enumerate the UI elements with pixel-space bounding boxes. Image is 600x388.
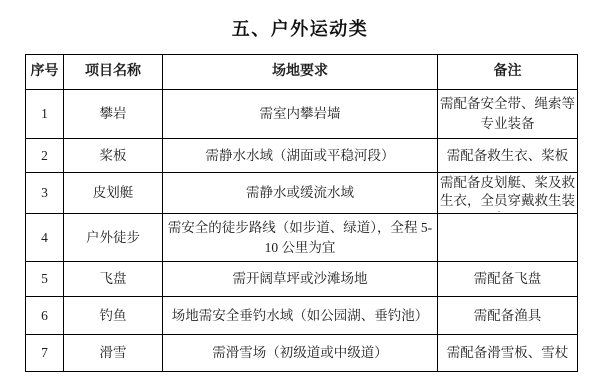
cell-venue: 需室内攀岩墙	[163, 90, 438, 139]
cell-note: 需配备飞盘	[438, 262, 578, 297]
page-title: 五、户外运动类	[0, 0, 600, 41]
cell-name: 滑雪	[64, 335, 163, 372]
cell-seq: 1	[26, 90, 64, 139]
table-row: 1 攀岩 需室内攀岩墙 需配备安全带、绳索等专业装备	[26, 90, 578, 139]
table-row: 7 滑雪 需滑雪场（初级道或中级道） 需配备滑雪板、雪杖	[26, 335, 578, 372]
cell-note: 需配备渔具	[438, 297, 578, 335]
cell-venue: 需静水或缓流水域	[163, 173, 438, 214]
note-clipped-text: 需配备皮划艇、桨及救生衣，全员穿戴救生装备。	[440, 174, 575, 212]
cell-name: 飞盘	[64, 262, 163, 297]
cell-seq: 6	[26, 297, 64, 335]
table-header-row: 序号 项目名称 场地要求 备注	[26, 55, 578, 90]
cell-seq: 3	[26, 173, 64, 214]
cell-note: 需配备滑雪板、雪杖	[438, 335, 578, 372]
cell-note	[438, 214, 578, 262]
cell-name: 桨板	[64, 139, 163, 173]
document-page: 五、户外运动类 序号 项目名称 场地要求 备注 1 攀岩 需室内攀岩墙 需配备安…	[0, 0, 600, 388]
col-header-note: 备注	[438, 55, 578, 90]
cell-note: 需配备安全带、绳索等专业装备	[438, 90, 578, 139]
cell-seq: 2	[26, 139, 64, 173]
cell-name: 户外徒步	[64, 214, 163, 262]
col-header-seq: 序号	[26, 55, 64, 90]
table-row: 6 钓鱼 场地需安全垂钓水域（如公园湖、垂钓池） 需配备渔具	[26, 297, 578, 335]
cell-name: 钓鱼	[64, 297, 163, 335]
cell-seq: 4	[26, 214, 64, 262]
table-row: 4 户外徒步 需安全的徒步路线（如步道、绿道），全程 5-10 公里为宜	[26, 214, 578, 262]
table-row: 3 皮划艇 需静水或缓流水域 需配备皮划艇、桨及救生衣，全员穿戴救生装备。	[26, 173, 578, 214]
cell-note: 需配备皮划艇、桨及救生衣，全员穿戴救生装备。	[438, 173, 578, 214]
cell-seq: 7	[26, 335, 64, 372]
col-header-venue: 场地要求	[163, 55, 438, 90]
outdoor-sports-table: 序号 项目名称 场地要求 备注 1 攀岩 需室内攀岩墙 需配备安全带、绳索等专业…	[25, 54, 578, 372]
cell-name: 攀岩	[64, 90, 163, 139]
cell-venue: 需静水水域（湖面或平稳河段）	[163, 139, 438, 173]
table-row: 2 桨板 需静水水域（湖面或平稳河段） 需配备救生衣、桨板	[26, 139, 578, 173]
cell-venue: 场地需安全垂钓水域（如公园湖、垂钓池）	[163, 297, 438, 335]
cell-name: 皮划艇	[64, 173, 163, 214]
cell-note: 需配备救生衣、桨板	[438, 139, 578, 173]
cell-venue: 需安全的徒步路线（如步道、绿道），全程 5-10 公里为宜	[163, 214, 438, 262]
cell-seq: 5	[26, 262, 64, 297]
cell-venue: 需开阔草坪或沙滩场地	[163, 262, 438, 297]
col-header-name: 项目名称	[64, 55, 163, 90]
table-row: 5 飞盘 需开阔草坪或沙滩场地 需配备飞盘	[26, 262, 578, 297]
cell-venue: 需滑雪场（初级道或中级道）	[163, 335, 438, 372]
